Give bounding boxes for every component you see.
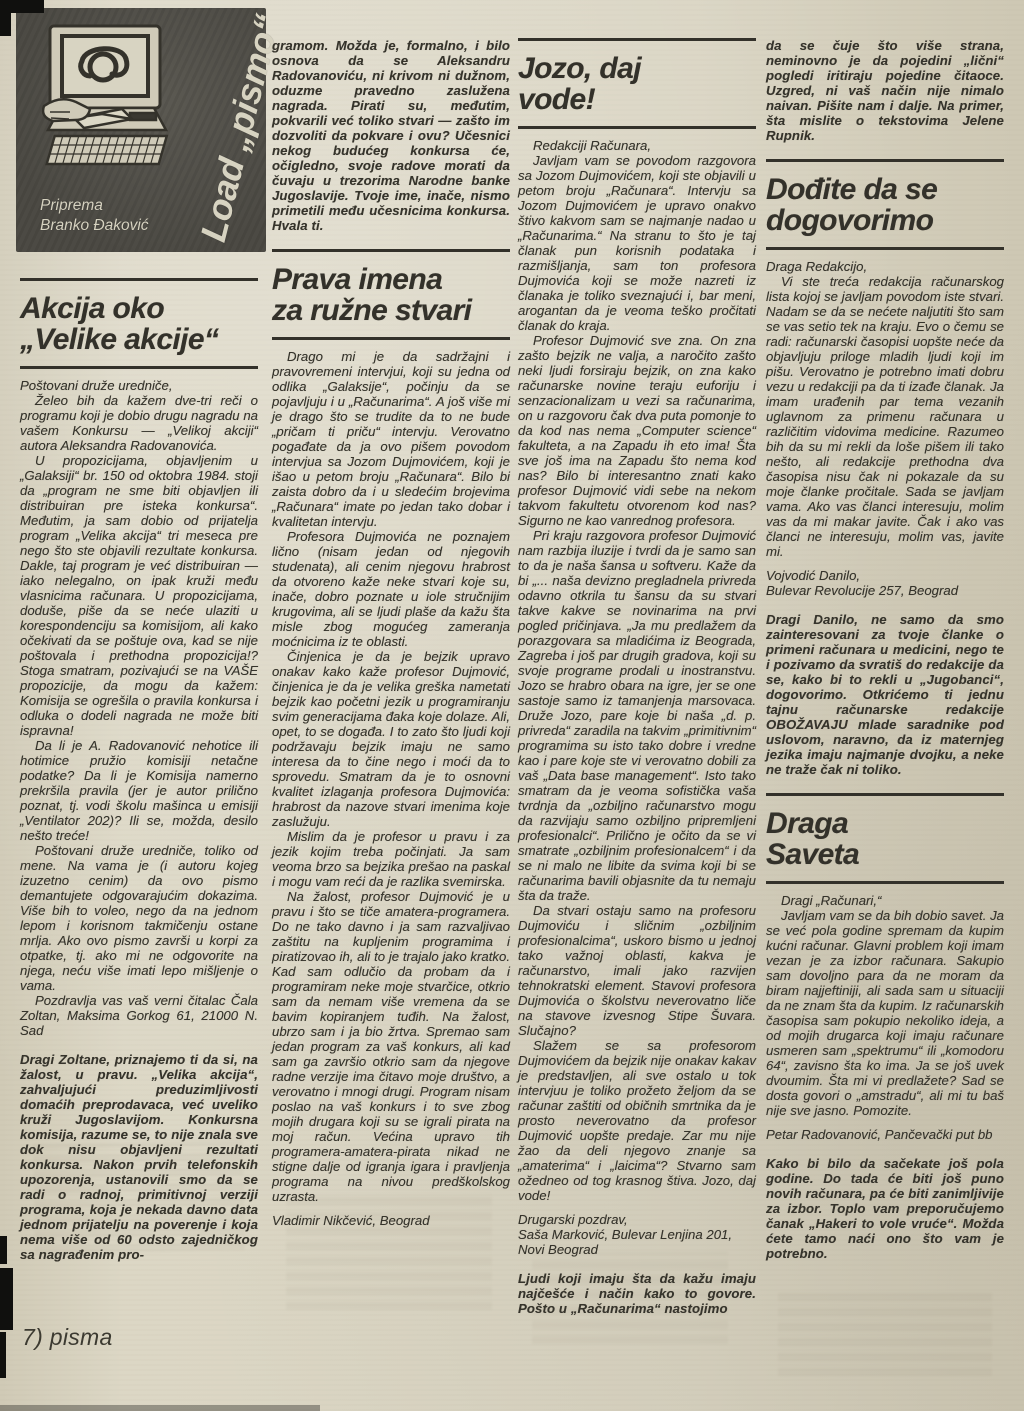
scan-artifact xyxy=(0,0,11,36)
letter-paragraph: Dragi „Računari,“ xyxy=(766,893,1004,908)
headline-jozo-daj-vode: Jozo, daj vode! xyxy=(518,38,756,129)
column-1: Priprema Branko Đaković Load „pismo“ Akc… xyxy=(20,8,258,1262)
letter-paragraph: Javljam vam se povodom razgovora sa Jozo… xyxy=(518,153,756,333)
rotated-load-pismo-title: Load „pismo“ xyxy=(205,14,276,243)
headline-draga-saveta: Draga Saveta xyxy=(766,793,1004,884)
editor-reply-continuation: da se čuje što više strana, neminovno je… xyxy=(766,38,1004,143)
scan-artifact xyxy=(0,1268,13,1330)
headline-akcija-oko-velike-akcije: Akcija oko „Velike akcije“ xyxy=(20,278,258,369)
letter-paragraph: Mislim da je profesor u pravu i za jezik… xyxy=(272,829,510,889)
scan-artifact xyxy=(0,1236,7,1264)
letter-paragraph: Drago mi je da sadržajni i pravovremeni … xyxy=(272,349,510,529)
letter-paragraph: Da li je A. Radovanović nehotice ili hot… xyxy=(20,738,258,843)
headline-dodjite-da-se-dogovorimo: Dođite da se dogovorimo xyxy=(766,159,1004,250)
letter-paragraph: U propozicijama, objavljenim u „Galaksij… xyxy=(20,453,258,738)
computer-letter-illustration xyxy=(30,20,190,180)
scanned-magazine-letters-page: { "page_title": "Računari — rubrika pism… xyxy=(0,0,1024,1411)
keyboard xyxy=(47,136,167,164)
letter-paragraph: Javljam vam se da bih dobio savet. Ja se… xyxy=(766,908,1004,1118)
editor-reply-paragraph: Kako bi bilo da sačekate još pola godine… xyxy=(766,1156,1004,1261)
column-2: gramom. Možda je, formalno, i bilo osnov… xyxy=(272,38,510,1228)
preparer-credit: Priprema Branko Đaković xyxy=(40,196,149,236)
letter-paragraph: Profesora Dujmovića ne poznajem lično (n… xyxy=(272,529,510,649)
masthead-banner: Priprema Branko Đaković Load „pismo“ xyxy=(16,8,266,252)
print-bleedthrough xyxy=(532,1252,728,1344)
letter-paragraph: Profesor Dujmović sve zna. On zna zašto … xyxy=(518,333,756,528)
letter-paragraph: Pri kraju razgovora profesor Dujmović na… xyxy=(518,528,756,903)
print-bleedthrough xyxy=(33,1140,245,1254)
scan-artifact xyxy=(0,1405,320,1411)
letter-paragraph: Pozdravlja vas vaš verni čitalac Čala Zo… xyxy=(20,993,258,1038)
letter-paragraph: Na žalost, profesor Dujmović je u pravu … xyxy=(272,889,510,1204)
letter-paragraph: Slažem se sa profesorom Dujmovićem da be… xyxy=(518,1038,756,1203)
letter-paragraph: Želeo bih da kažem dve-tri reči o progra… xyxy=(20,393,258,453)
letter-salutation: Poštovani druže uredniče, xyxy=(20,378,258,393)
letter-paragraph: Da stvari ostaju samo na profesoru Dujmo… xyxy=(518,903,756,1038)
headline-prava-imena-za-ruzne-stvari: Prava imena za ružne stvari xyxy=(272,249,510,340)
column-4: da se čuje što više strana, neminovno je… xyxy=(766,38,1004,1261)
print-bleedthrough xyxy=(286,1192,492,1310)
scan-artifact xyxy=(0,1332,6,1378)
page-footer-label: 7) pisma xyxy=(22,1324,113,1351)
letter-paragraph: Vi ste treća redakcija računarskog lista… xyxy=(766,274,1004,559)
editor-reply-continuation: gramom. Možda je, formalno, i bilo osnov… xyxy=(272,38,510,233)
credit-line: Branko Đaković xyxy=(40,216,149,236)
credit-line: Priprema xyxy=(40,196,149,216)
letter-signature: Drugarski pozdrav, Saša Marković, Buleva… xyxy=(518,1212,756,1257)
letter-paragraph: Poštovani druže uredniče, toliko od mene… xyxy=(20,843,258,993)
print-bleedthrough xyxy=(778,1292,992,1376)
letter-salutation: Draga Redakcijo, xyxy=(766,259,1004,274)
column-3: Jozo, daj vode!Redakciji Računara,Javlja… xyxy=(518,38,756,1316)
letter-paragraph: Redakciji Računara, xyxy=(518,138,756,153)
letter-paragraph: Činjenica je da je bejzik upravo onakav … xyxy=(272,649,510,829)
editor-reply-paragraph: Dragi Danilo, ne samo da smo zainteresov… xyxy=(766,612,1004,777)
letter-signature: Vojvodić Danilo, Bulevar Revolucije 257,… xyxy=(766,568,1004,598)
letter-signature: Petar Radovanović, Pančevački put bb xyxy=(766,1127,1004,1142)
